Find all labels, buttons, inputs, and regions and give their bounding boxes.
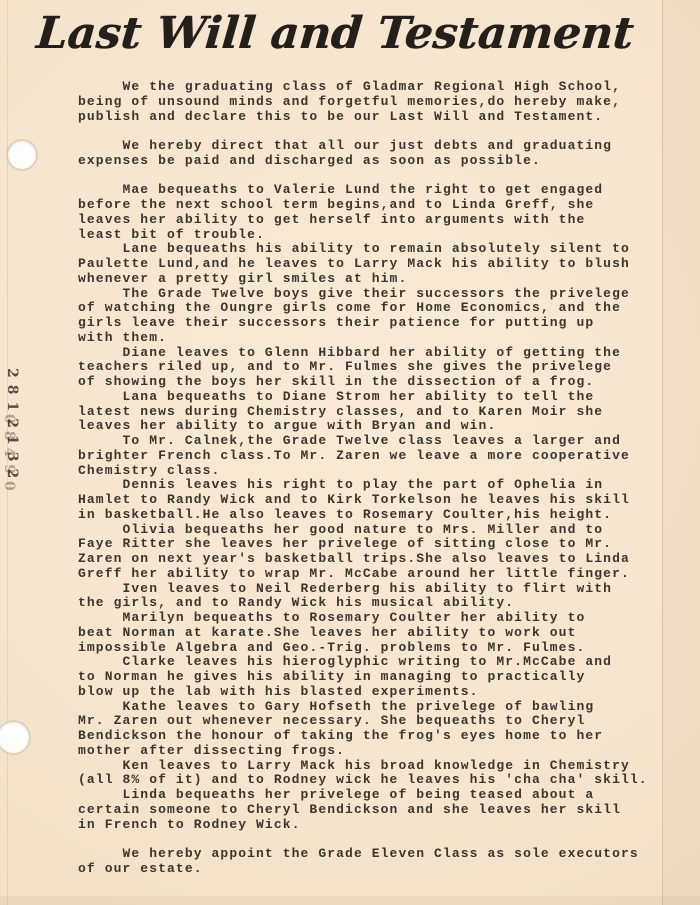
paragraph: Lana bequeaths to Diane Strom her abilit… bbox=[78, 390, 658, 434]
paragraph: Marilyn bequeaths to Rosemary Coulter he… bbox=[78, 611, 658, 655]
paragraph: Olivia bequeaths her good nature to Mrs.… bbox=[78, 523, 658, 582]
paragraph: Ken leaves to Larry Mack his broad knowl… bbox=[78, 759, 658, 789]
paragraph: Diane leaves to Glenn Hibbard her abilit… bbox=[78, 346, 658, 390]
page-title: Last Will and Testament bbox=[0, 2, 673, 66]
paragraph: We hereby appoint the Grade Eleven Class… bbox=[78, 847, 658, 877]
scan-bottom-edge bbox=[0, 896, 700, 905]
paragraph: We hereby direct that all our just debts… bbox=[78, 139, 658, 169]
paragraph: We the graduating class of Gladmar Regio… bbox=[78, 80, 658, 124]
paragraph: To Mr. Calnek,the Grade Twelve class lea… bbox=[78, 434, 658, 478]
hole-punch-top bbox=[8, 141, 36, 169]
scan-right-edge bbox=[662, 0, 700, 905]
paragraph: Dennis leaves his right to play the part… bbox=[78, 478, 658, 522]
paragraph: Lane bequeaths his ability to remain abs… bbox=[78, 242, 658, 286]
scanned-page: 2812132 08490 Last Will and Testament We… bbox=[0, 0, 700, 905]
document-paragraphs: We the graduating class of Gladmar Regio… bbox=[78, 80, 658, 877]
film-edge-stamp-secondary: 08490 bbox=[1, 414, 17, 498]
paragraph: Kathe leaves to Gary Hofseth the privele… bbox=[78, 700, 658, 759]
paragraph: Iven leaves to Neil Rederberg his abilit… bbox=[78, 582, 658, 612]
paragraph: The Grade Twelve boys give their success… bbox=[78, 287, 658, 346]
paragraph: Linda bequeaths her privelege of being t… bbox=[78, 788, 658, 832]
paragraph: Mae bequeaths to Valerie Lund the right … bbox=[78, 183, 658, 242]
paragraph: Clarke leaves his hieroglyphic writing t… bbox=[78, 655, 658, 699]
hole-punch-bottom bbox=[0, 722, 29, 753]
